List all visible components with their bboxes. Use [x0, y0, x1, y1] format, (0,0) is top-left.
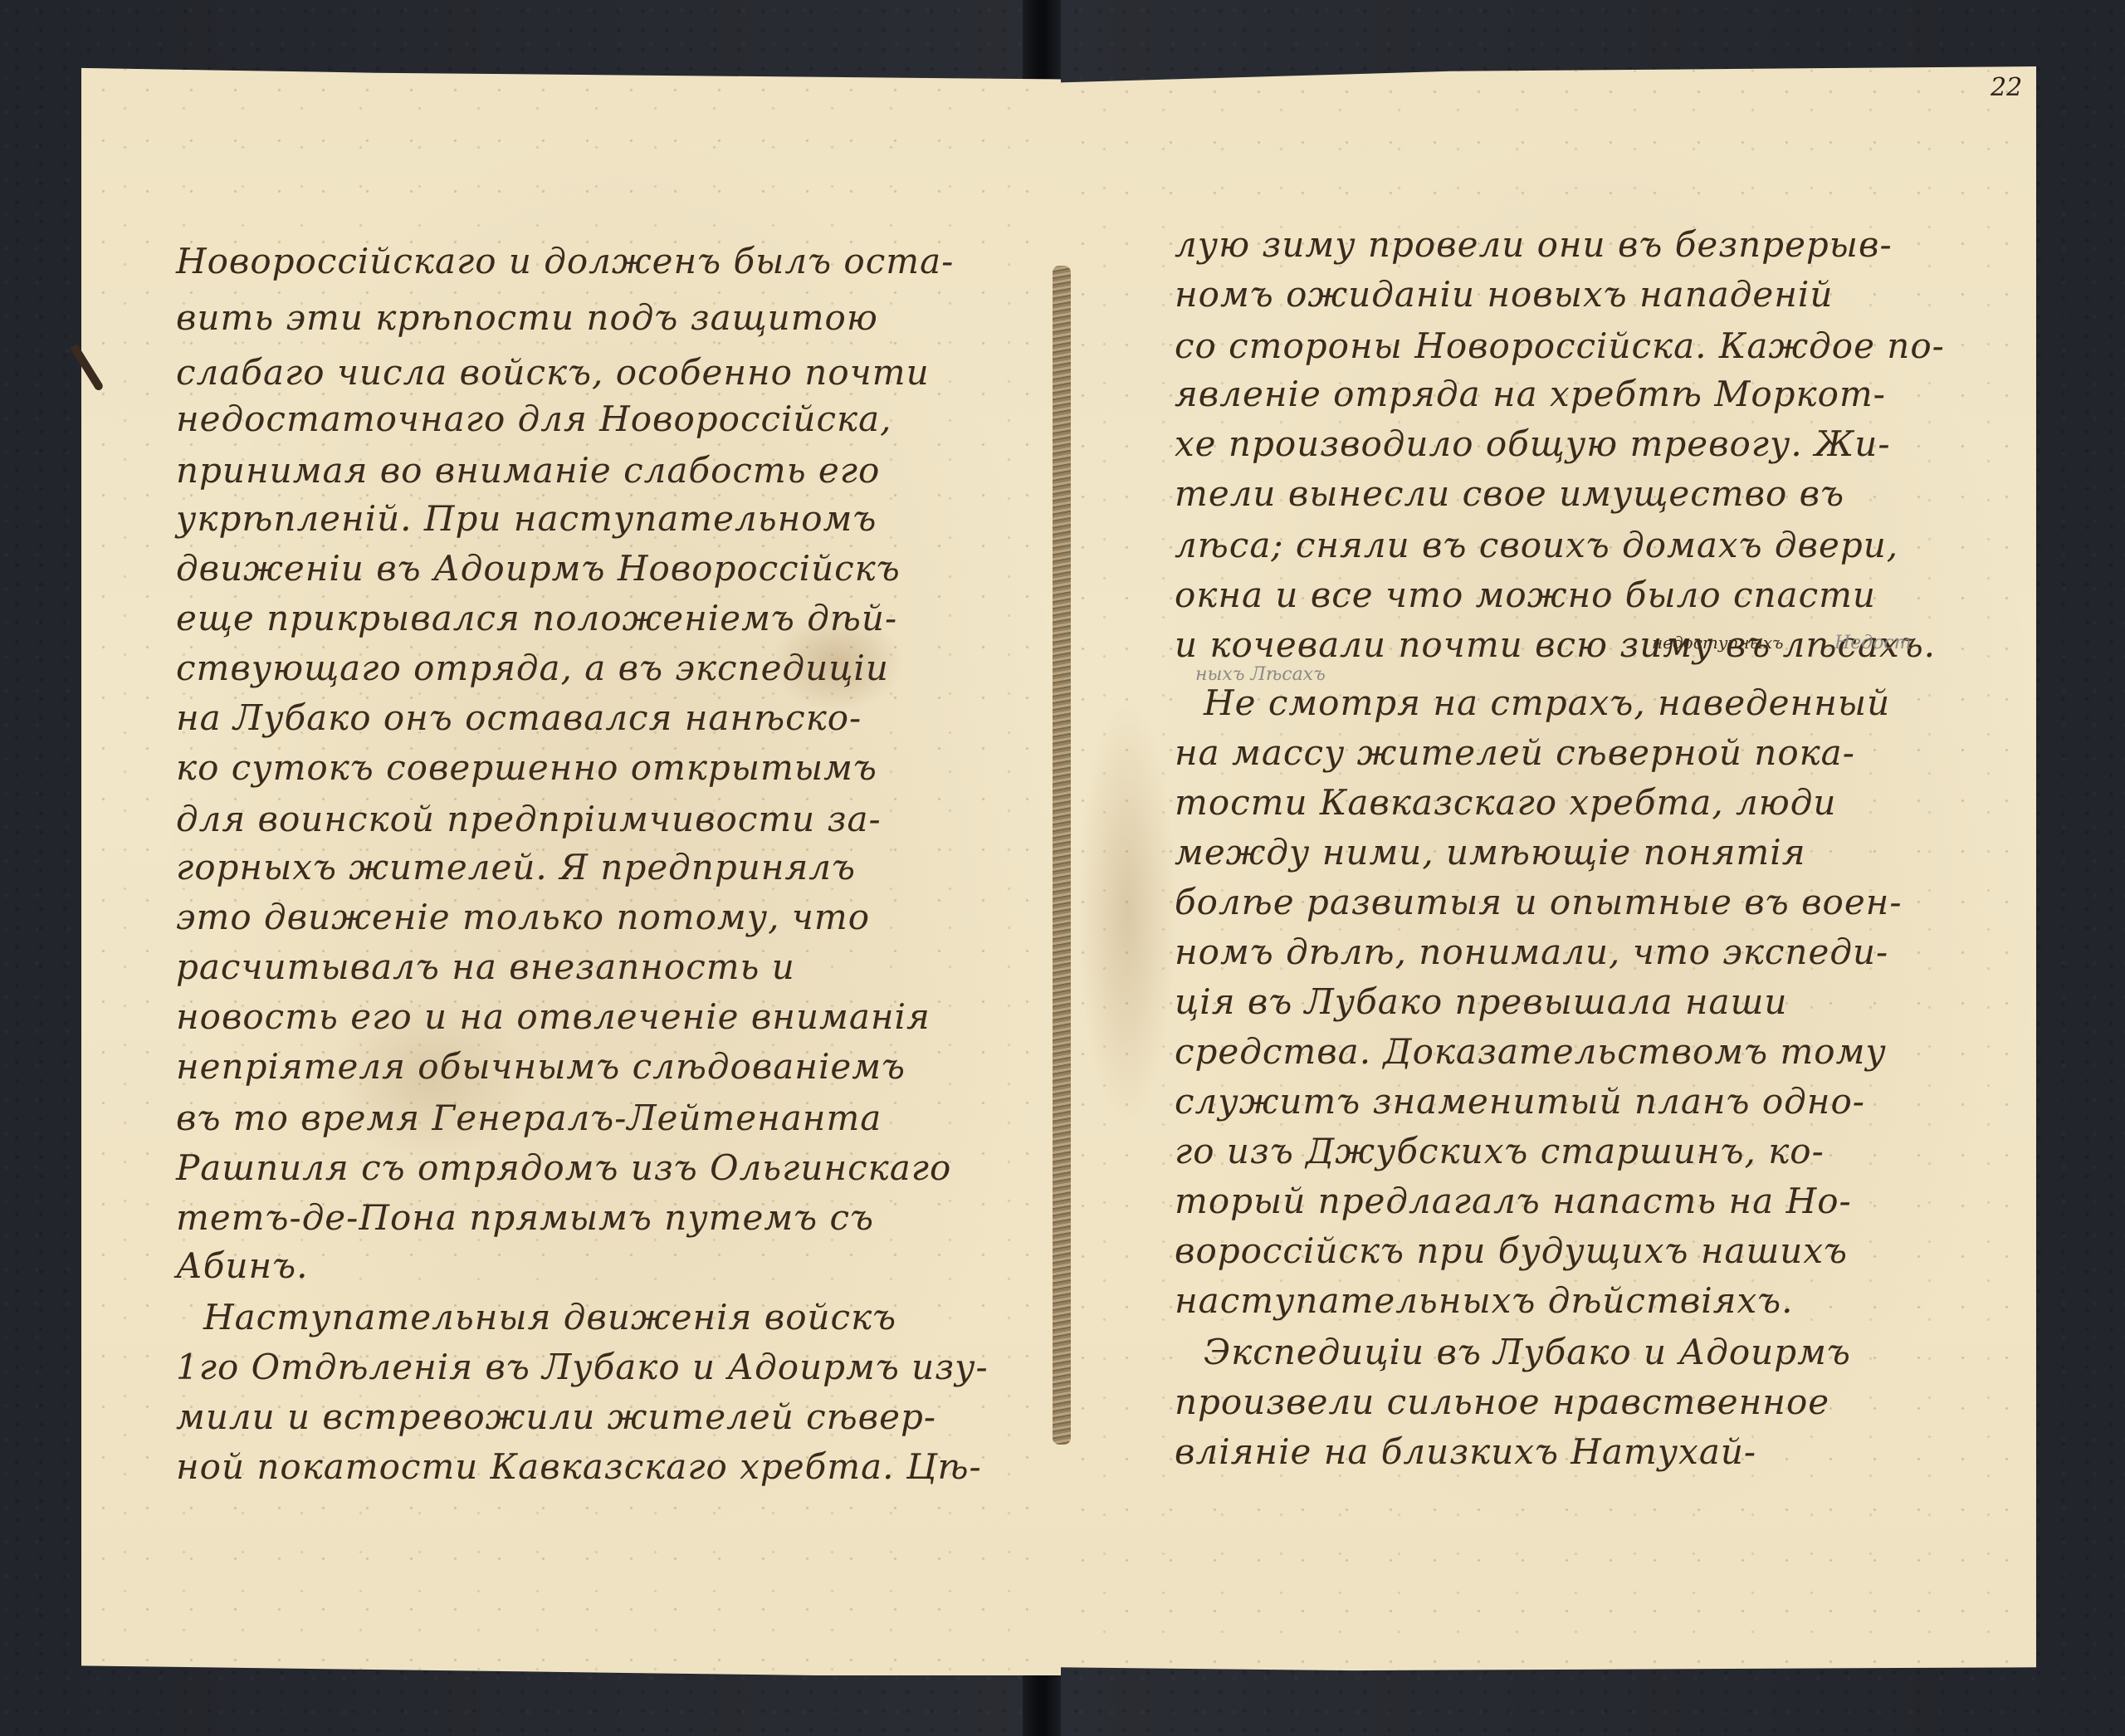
text-line: торый предлагалъ напасть на Но-: [1175, 1181, 1852, 1221]
text-line: между ними, имѣющіе понятія: [1175, 832, 1806, 873]
text-line: хе производило общую тревогу. Жи-: [1175, 423, 1891, 464]
text-line: лѣса; сняли въ своихъ домахъ двери,: [1175, 525, 1898, 565]
text-line: новость его и на отвлеченіе вниманія: [176, 996, 931, 1037]
text-line: со стороны Новороссійска. Каждое по-: [1175, 325, 1945, 366]
folio-number: 22: [1991, 73, 2022, 102]
text-line: вить эти крѣпости подъ защитою: [176, 297, 878, 338]
text-line: вороссійскъ при будущихъ нашихъ: [1175, 1230, 1848, 1271]
text-line: это движеніе только потому, что: [176, 897, 870, 937]
text-line: горныхъ жителей. Я предпринялъ: [176, 847, 856, 888]
text-line: въ то время Генералъ-Лейтенанта: [176, 1098, 882, 1138]
text-line: на массу жителей сѣверной пока-: [1175, 732, 1855, 773]
pencil-margin-note: ныхъ Лѣсахъ: [1195, 664, 1326, 685]
text-line: окна и все что можно было спасти: [1175, 575, 1876, 615]
text-line: недостаточнаго для Новороссійска,: [176, 399, 892, 439]
text-line: лую зиму провели они въ безпрерыв-: [1175, 224, 1893, 265]
text-line: наступательныхъ дѣйствіяхъ.: [1175, 1280, 1794, 1321]
text-line: слабаго числа войскъ, особенно почти: [176, 352, 930, 393]
text-line: принимая во вниманіе слабость его: [176, 450, 880, 491]
text-line: Абинъ.: [176, 1245, 309, 1286]
paper-stain: [1077, 697, 1177, 1129]
text-line: средства. Доказательствомъ тому: [1175, 1031, 1887, 1072]
text-line: служитъ знаменитый планъ одно-: [1175, 1081, 1865, 1122]
text-line: Рашпиля съ отрядомъ изъ Ольгинскаго: [176, 1147, 951, 1188]
text-line: расчитывалъ на внезапность и: [176, 946, 795, 987]
text-line: болѣе развитыя и опытные въ воен-: [1175, 882, 1903, 922]
text-line: Наступательныя движенія войскъ: [203, 1297, 896, 1337]
text-line: Новороссійскаго и долженъ былъ оста-: [176, 241, 954, 281]
text-line: для воинской предпріимчивости за-: [176, 799, 882, 839]
text-line: тели вынесли свое имущество въ: [1175, 473, 1844, 514]
text-line: 1го Отдѣленія въ Лубако и Адоирмъ изу-: [176, 1347, 989, 1387]
interlinear-insertion: недоступныхъ: [1652, 633, 1783, 653]
text-line: ція въ Лубако превышала наши: [1175, 981, 1787, 1022]
text-line: еще прикрывался положеніемъ дѣй-: [176, 598, 897, 638]
text-line: вліяніе на близкихъ Натухай-: [1175, 1431, 1756, 1472]
pencil-margin-note: Недост: [1834, 633, 1912, 653]
text-line: непріятеля обычнымъ слѣдованіемъ: [176, 1046, 906, 1087]
text-line: и кочевали почти всю зиму въ лѣсахъ.: [1175, 624, 1936, 665]
text-line: явленіе отряда на хребтѣ Моркот-: [1175, 374, 1886, 414]
text-line: движеніи въ Адоирмъ Новороссійскъ: [176, 548, 901, 589]
text-line: Не смотря на страхъ, наведенный: [1204, 682, 1890, 723]
text-line: ной покатости Кавказскаго хребта. Цѣ-: [176, 1446, 982, 1487]
text-line: ствующаго отряда, а въ экспедиціи: [176, 648, 889, 688]
text-line: на Лубако онъ оставался нанѣско-: [176, 697, 862, 738]
text-line: номъ дѣлѣ, понимали, что экспеди-: [1175, 932, 1888, 972]
text-line: укрѣпленій. При наступательномъ: [176, 498, 877, 539]
text-line: номъ ожиданіи новыхъ нападеній: [1175, 274, 1833, 315]
text-line: го изъ Джубскихъ старшинъ, ко-: [1175, 1131, 1825, 1171]
binding-thread: [1053, 266, 1071, 1445]
text-line: тости Кавказскаго хребта, люди: [1175, 782, 1836, 823]
text-line: мили и встревожили жителей сѣвер-: [176, 1396, 936, 1437]
text-line: Экспедиціи въ Лубако и Адоирмъ: [1204, 1332, 1851, 1372]
text-line: ко сутокъ совершенно открытымъ: [176, 747, 877, 788]
text-line: тетъ-де-Пона прямымъ путемъ съ: [176, 1197, 874, 1238]
text-line: произвели сильное нравственное: [1175, 1381, 1829, 1422]
